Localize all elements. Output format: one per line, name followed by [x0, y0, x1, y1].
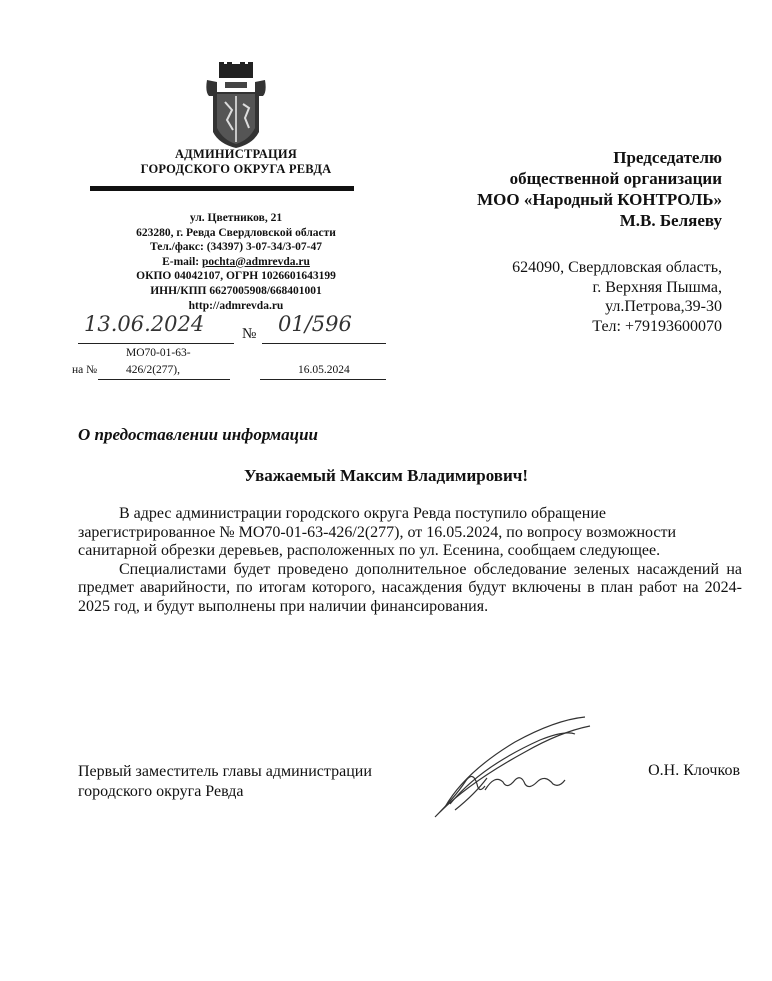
date-line: [78, 343, 234, 344]
number-line: [262, 343, 386, 344]
letter-greeting: Уважаемый Максим Владимирович!: [0, 466, 772, 486]
city-address: 623280, г. Ревда Свердловской области: [80, 226, 392, 241]
organization-line1: АДМИНИСТРАЦИЯ: [80, 147, 392, 162]
letter-subject: О предоставлении информации: [78, 425, 318, 445]
body-paragraph: В адрес администрации городского округа …: [78, 505, 742, 561]
email-label: E-mail:: [162, 256, 202, 268]
ref-number-line2: 426/2(277),: [126, 364, 180, 376]
phone-fax: Тел./факс: (34397) 3-07-34/3-07-47: [80, 240, 392, 255]
okpo-ogrn: ОКПО 04042107, ОГРН 1026601643199: [80, 269, 392, 284]
inn-kpp: ИНН/КПП 6627005908/668401001: [80, 284, 392, 299]
email-link[interactable]: pochta@admrevda.ru: [202, 256, 310, 268]
address-line: Тел: +79193600070: [422, 317, 722, 337]
addressee-line: М.В. Беляеву: [422, 210, 722, 231]
signatory-name: О.Н. Клочков: [648, 762, 740, 780]
addressee-line: общественной организации: [422, 168, 722, 189]
email-row: E-mail: pochta@admrevda.ru: [80, 255, 392, 270]
handwritten-date: 13.06.2024: [84, 312, 204, 336]
ref-date: 16.05.2024: [298, 364, 350, 376]
ref-date-line: [260, 379, 386, 380]
coat-of-arms-emblem: [199, 62, 273, 150]
signatory-title-line2: городского округа Ревда: [78, 782, 372, 802]
addressee-address: 624090, Свердловская область, г. Верхняя…: [422, 258, 722, 336]
signatory-title-line1: Первый заместитель главы администрации: [78, 762, 372, 782]
address-line: 624090, Свердловская область,: [422, 258, 722, 278]
registration-block: 13.06.2024 № 01/596 МО70-01-63- на № 426…: [78, 318, 388, 388]
organization-contacts: ул. Цветников, 21 623280, г. Ревда Сверд…: [80, 211, 392, 313]
addressee-line: МОО «Народный КОНТРОЛЬ»: [422, 189, 722, 210]
handwritten-number: 01/596: [278, 312, 352, 336]
ref-prefix: на №: [72, 364, 97, 376]
number-sign: №: [242, 326, 256, 343]
handwritten-signature: [425, 712, 600, 822]
website: http://admrevda.ru: [80, 299, 392, 314]
address-line: г. Верхняя Пышма,: [422, 278, 722, 298]
organization-name: АДМИНИСТРАЦИЯ ГОРОДСКОГО ОКРУГА РЕВДА: [80, 147, 392, 177]
ref-number-line1: МО70-01-63-: [126, 347, 191, 359]
body-paragraph: Специалистами будет проведено дополнител…: [78, 561, 742, 617]
ref-number-line: [98, 379, 230, 380]
street-address: ул. Цветников, 21: [80, 211, 392, 226]
header-divider: [90, 186, 354, 191]
addressee-line: Председателю: [422, 147, 722, 168]
address-line: ул.Петрова,39-30: [422, 297, 722, 317]
organization-line2: ГОРОДСКОГО ОКРУГА РЕВДА: [80, 162, 392, 177]
addressee-block: Председателю общественной организации МО…: [422, 147, 722, 231]
signatory-title: Первый заместитель главы администрации г…: [78, 762, 372, 802]
letter-body: В адрес администрации городского округа …: [78, 505, 742, 616]
